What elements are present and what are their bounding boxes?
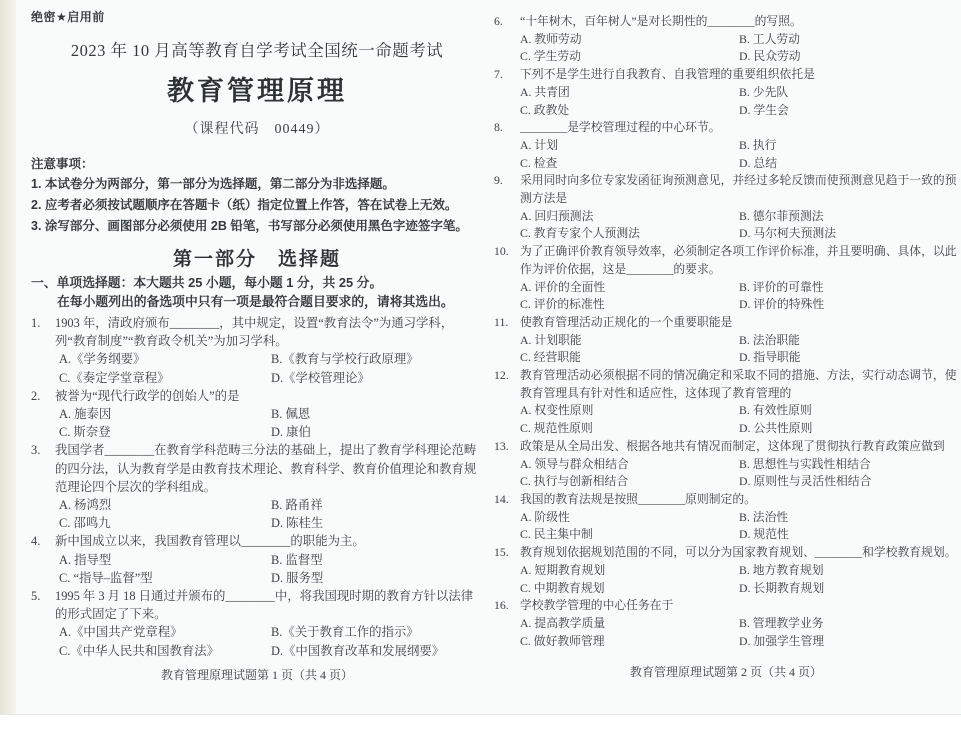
answer-option: D. 马尔柯夫预测法 xyxy=(739,225,958,243)
notice-item: 3. 涂写部分、画图部分必须使用 2B 铅笔，书写部分必须使用黑色字迹签字笔。 xyxy=(31,216,483,237)
answer-option: B. 佩恩 xyxy=(271,405,483,423)
answer-option: C. 中期教育规划 xyxy=(520,580,739,598)
answer-option: B.《关于教育工作的指示》 xyxy=(271,623,483,641)
answer-option: A. 领导与群众相结合 xyxy=(520,456,739,474)
question-stem: 教育规划依据规划范围的不同，可以分为国家教育规划、________和学校教育规划… xyxy=(520,544,958,562)
answer-option: A. 指导型 xyxy=(59,551,271,569)
question-2: 2.被誉为“现代行政学的创始人”的是A. 施泰因B. 佩恩C. 斯奈登D. 康伯 xyxy=(31,387,483,442)
answer-option: C. 学生劳动 xyxy=(520,48,739,66)
answer-option: B. 法治性 xyxy=(739,509,958,527)
question-8: 8.________是学校管理过程的中心环节。A. 计划B. 执行C. 检查D.… xyxy=(494,119,958,172)
answer-option: C.《奏定学堂章程》 xyxy=(59,369,271,387)
answer-option: C. 规范性原则 xyxy=(520,420,739,438)
question-number: 7. xyxy=(494,66,520,84)
answer-option: C. “指导–监督”型 xyxy=(59,569,271,587)
answer-option: A. 短期教育规划 xyxy=(520,562,739,580)
question-number: 3. xyxy=(31,441,55,496)
answer-option: B. 路甬祥 xyxy=(271,496,483,514)
answer-option: C.《中华人民共和国教育法》 xyxy=(59,642,271,660)
answer-option: D. 长期教育规划 xyxy=(739,580,958,598)
question-instruction-line: 在每小题列出的备选项中只有一项是最符合题目要求的，请将其选出。 xyxy=(31,292,483,311)
question-stem: 使教育管理活动正规化的一个重要职能是 xyxy=(520,314,958,332)
questions-page2: 6.“十年树木，百年树人”是对长期性的________的写照。A. 教师劳动B.… xyxy=(494,13,958,650)
page1-footer: 教育管理原理试题第 1 页（共 4 页） xyxy=(31,666,483,683)
answer-option: A. 教师劳动 xyxy=(520,31,739,49)
question-stem: 为了正确评价教育领导效率，必须制定各项工作评价标准，并且要明确、具体，以此作为评… xyxy=(520,243,958,278)
answer-option: B.《教育与学校行政原理》 xyxy=(271,350,483,368)
answer-option: A. 施泰因 xyxy=(59,405,271,423)
answer-option: A.《学务纲要》 xyxy=(59,350,271,368)
answer-option: B. 管理教学业务 xyxy=(739,615,958,633)
answer-option: D.《中国教育改革和发展纲要》 xyxy=(271,642,483,660)
answer-option: D. 陈桂生 xyxy=(271,514,483,532)
questions-page1: 1.1903 年，清政府颁布________，其中规定，设置“教育法令”为通习学… xyxy=(31,314,483,660)
paper-sheet: 绝密★启用前 2023 年 10 月高等教育自学考试全国统一命题考试 教育管理原… xyxy=(0,0,961,715)
answer-option: C. 评价的标准性 xyxy=(520,296,739,314)
answer-option: A. 共青团 xyxy=(520,84,739,102)
question-16: 16.学校教学管理的中心任务在于A. 提高教学质量B. 管理教学业务C. 做好教… xyxy=(494,597,958,650)
answer-option: D. 指导职能 xyxy=(739,349,958,367)
question-stem: 我国的教育法规是按照________原则制定的。 xyxy=(520,491,958,509)
question-number: 15. xyxy=(494,544,520,562)
question-number: 6. xyxy=(494,13,520,31)
answer-option: C. 执行与创新相结合 xyxy=(520,473,739,491)
notice-heading: 注意事项： xyxy=(31,154,483,174)
answer-option: C. 民主集中制 xyxy=(520,526,739,544)
answer-option: C. 检查 xyxy=(520,155,739,173)
answer-option: A. 计划职能 xyxy=(520,332,739,350)
answer-option: B. 法治职能 xyxy=(739,332,958,350)
question-6: 6.“十年树木，百年树人”是对长期性的________的写照。A. 教师劳动B.… xyxy=(494,13,958,66)
question-type-line: 一、单项选择题：本大题共 25 小题，每小题 1 分，共 25 分。 xyxy=(31,273,483,292)
section-heading: 第一部分 选择题 xyxy=(31,247,483,273)
question-7: 7.下列不是学生进行自我教育、自我管理的重要组织依托是A. 共青团B. 少先队C… xyxy=(494,66,958,119)
answer-option: B. 执行 xyxy=(739,137,958,155)
question-number: 8. xyxy=(494,119,520,137)
answer-option: A.《中国共产党章程》 xyxy=(59,623,271,641)
answer-option: A. 阶级性 xyxy=(520,509,739,527)
question-stem: 1995 年 3 月 18 日通过并颁布的________中，将我国现时期的教育… xyxy=(55,587,483,623)
answer-option: D. 规范性 xyxy=(739,526,958,544)
answer-option: A. 评价的全面性 xyxy=(520,279,739,297)
course-code: （课程代码 00449） xyxy=(31,118,483,138)
answer-option: A. 回归预测法 xyxy=(520,208,739,226)
question-number: 2. xyxy=(31,387,55,405)
question-11: 11.使教育管理活动正规化的一个重要职能是A. 计划职能B. 法治职能C. 经营… xyxy=(494,314,958,367)
answer-option: D. 评价的特殊性 xyxy=(739,296,958,314)
answer-option: C. 做好教师管理 xyxy=(520,633,739,651)
question-stem: “十年树木，百年树人”是对长期性的________的写照。 xyxy=(520,13,958,31)
question-12: 12.教育管理活动必须根据不同的情况确定和采取不同的措施、方法，实行动态调节，使… xyxy=(494,367,958,438)
scan-left-edge xyxy=(0,0,16,714)
answer-option: A. 提高教学质量 xyxy=(520,615,739,633)
answer-option: B. 有效性原则 xyxy=(739,402,958,420)
secrecy-label: 绝密★启用前 xyxy=(31,8,483,25)
exam-page-1: 绝密★启用前 2023 年 10 月高等教育自学考试全国统一命题考试 教育管理原… xyxy=(31,8,483,683)
question-4: 4.新中国成立以来，我国教育管理以________的职能为主。A. 指导型B. … xyxy=(31,532,483,587)
answer-option: C. 政教处 xyxy=(520,102,739,120)
question-13: 13.政策是从全局出发、根据各地共有情况而制定，这体现了贯彻执行教育政策应做到A… xyxy=(494,438,958,491)
answer-option: B. 工人劳动 xyxy=(739,31,958,49)
page2-footer: 教育管理原理试题第 2 页（共 4 页） xyxy=(494,663,958,680)
question-number: 1. xyxy=(31,314,55,350)
answer-option: B. 德尔菲预测法 xyxy=(739,208,958,226)
question-stem: 1903 年，清政府颁布________，其中规定，设置“教育法令”为通习学科，… xyxy=(55,314,483,350)
question-stem: 学校教学管理的中心任务在于 xyxy=(520,597,958,615)
question-stem: 下列不是学生进行自我教育、自我管理的重要组织依托是 xyxy=(520,66,958,84)
notice-item: 1. 本试卷分为两部分，第一部分为选择题，第二部分为非选择题。 xyxy=(31,174,483,195)
answer-option: D. 民众劳动 xyxy=(739,48,958,66)
answer-option: C. 教育专家个人预测法 xyxy=(520,225,739,243)
question-9: 9.采用同时向多位专家发函征询预测意见，并经过多轮反馈而使预测意见趋于一致的预测… xyxy=(494,172,958,243)
question-number: 10. xyxy=(494,243,520,278)
question-number: 12. xyxy=(494,367,520,402)
answer-option: B. 思想性与实践性相结合 xyxy=(739,456,958,474)
answer-option: A. 杨鸿烈 xyxy=(59,496,271,514)
question-10: 10.为了正确评价教育领导效率，必须制定各项工作评价标准，并且要明确、具体，以此… xyxy=(494,243,958,314)
notice-list: 1. 本试卷分为两部分，第一部分为选择题，第二部分为非选择题。2. 应考者必须按… xyxy=(31,174,483,237)
exam-page-2: 6.“十年树木，百年树人”是对长期性的________的写照。A. 教师劳动B.… xyxy=(494,10,958,680)
question-number: 14. xyxy=(494,491,520,509)
question-stem: ________是学校管理过程的中心环节。 xyxy=(520,119,958,137)
answer-option: B. 评价的可靠性 xyxy=(739,279,958,297)
answer-option: C. 经营职能 xyxy=(520,349,739,367)
question-stem: 教育管理活动必须根据不同的情况确定和采取不同的措施、方法，实行动态调节，使教育管… xyxy=(520,367,958,402)
question-stem: 被誉为“现代行政学的创始人”的是 xyxy=(55,387,483,405)
answer-option: D. 学生会 xyxy=(739,102,958,120)
question-number: 16. xyxy=(494,597,520,615)
answer-option: C. 斯奈登 xyxy=(59,423,271,441)
question-number: 13. xyxy=(494,438,520,456)
answer-option: D.《学校管理论》 xyxy=(271,369,483,387)
question-stem: 政策是从全局出发、根据各地共有情况而制定，这体现了贯彻执行教育政策应做到 xyxy=(520,438,958,456)
question-number: 5. xyxy=(31,587,55,623)
answer-option: D. 加强学生管理 xyxy=(739,633,958,651)
answer-option: D. 康伯 xyxy=(271,423,483,441)
answer-option: D. 公共性原则 xyxy=(739,420,958,438)
question-14: 14.我国的教育法规是按照________原则制定的。A. 阶级性B. 法治性C… xyxy=(494,491,958,544)
question-5: 5.1995 年 3 月 18 日通过并颁布的________中，将我国现时期的… xyxy=(31,587,483,660)
answer-option: D. 原则性与灵活性相结合 xyxy=(739,473,958,491)
question-stem: 新中国成立以来，我国教育管理以________的职能为主。 xyxy=(55,532,483,550)
question-number: 4. xyxy=(31,532,55,550)
answer-option: D. 总结 xyxy=(739,155,958,173)
exam-session-title: 2023 年 10 月高等教育自学考试全国统一命题考试 xyxy=(31,37,483,61)
answer-option: C. 邵鸣九 xyxy=(59,514,271,532)
question-1: 1.1903 年，清政府颁布________，其中规定，设置“教育法令”为通习学… xyxy=(31,314,483,387)
answer-option: D. 服务型 xyxy=(271,569,483,587)
question-stem: 我国学者________在教育学科范畴三分法的基础上，提出了教育学科理论范畴的四… xyxy=(55,441,483,496)
notice-item: 2. 应考者必须按试题顺序在答题卡（纸）指定位置上作答，答在试卷上无效。 xyxy=(31,195,483,216)
question-15: 15.教育规划依据规划范围的不同，可以分为国家教育规划、________和学校教… xyxy=(494,544,958,597)
answer-option: B. 监督型 xyxy=(271,551,483,569)
answer-option: B. 地方教育规划 xyxy=(739,562,958,580)
answer-option: A. 权变性原则 xyxy=(520,402,739,420)
answer-option: A. 计划 xyxy=(520,137,739,155)
question-number: 9. xyxy=(494,172,520,207)
question-number: 11. xyxy=(494,314,520,332)
question-3: 3.我国学者________在教育学科范畴三分法的基础上，提出了教育学科理论范畴… xyxy=(31,441,483,532)
question-stem: 采用同时向多位专家发函征询预测意见，并经过多轮反馈而使预测意见趋于一致的预测方法… xyxy=(520,172,958,207)
answer-option: B. 少先队 xyxy=(739,84,958,102)
exam-title: 教育管理原理 xyxy=(31,69,483,108)
